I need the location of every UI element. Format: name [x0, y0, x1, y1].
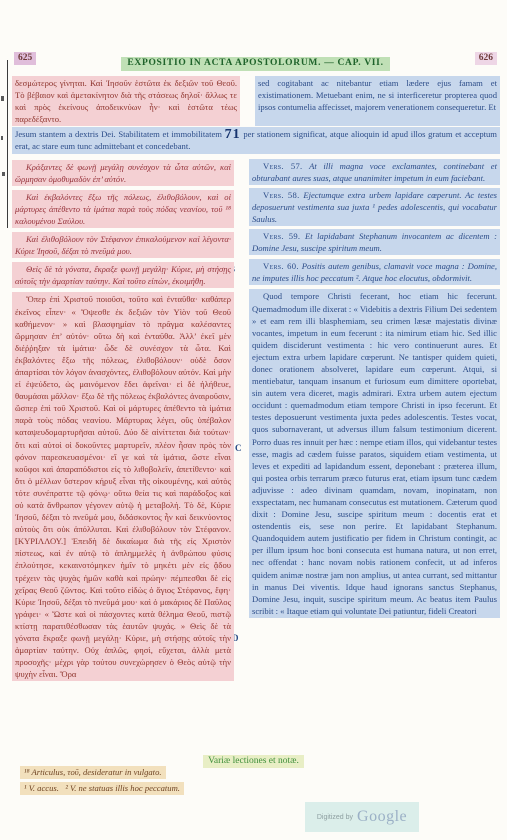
greek-verse-58: Καὶ ἐκβαλόντες ἔξω τῆς πόλεως, ἐλιθοβόλο… [12, 190, 234, 228]
latin-band-paragraph: Jesum stantem a dextris Dei. Stabilitate… [12, 127, 500, 153]
running-head: 625 EXPOSITIO IN ACTA APOSTOLORUM. — CAP… [14, 52, 497, 71]
greek-verse-59: Καὶ ἐλιθοβόλουν τὸν Στέφανον ἐπικαλούμεν… [12, 232, 234, 258]
watermark-prefix: Digitized by [317, 814, 353, 821]
note-line-2: ¹ V. accus. ² V. ne statuas illis hoc pe… [20, 782, 184, 795]
latin-commentary: Quod tempore Christi fecerant, hoc etiam… [249, 289, 500, 618]
latin-verse-59: Vers. 59. Et lapidabant Stephanum invoca… [249, 229, 500, 255]
scan-speck [1, 96, 4, 101]
scanned-book-page: 625 EXPOSITIO IN ACTA APOSTOLORUM. — CAP… [0, 0, 507, 840]
latin-verse-60: Vers. 60. Positis autem genibus, clamavi… [249, 259, 500, 285]
latin-column: Vers. 57. At illi magna voce exclamantes… [249, 156, 500, 618]
greek-verse-60: Θεὶς δὲ τὰ γόνατα, ἔκραξε φωνῇ μεγάλῃ· Κ… [12, 262, 234, 288]
running-title-wrap: EXPOSITIO IN ACTA APOSTOLORUM. — CAP. VI… [56, 52, 455, 71]
left-page-number: 625 [14, 52, 36, 65]
verse-58-label: Vers. 58. [263, 190, 300, 200]
greek-intro-paragraph: δεσμώτερος γίνηται. Καὶ Ἰησοῦν ἑστῶτα ἐκ… [12, 76, 240, 126]
running-title: EXPOSITIO IN ACTA APOSTOLORUM. — CAP. VI… [121, 57, 389, 71]
column-number-71: 71 [225, 127, 241, 142]
right-page-number: 626 [475, 52, 497, 65]
scan-speck [2, 172, 5, 176]
scan-speck [1, 136, 3, 140]
columns: Κράξαντες δὲ φωνῇ μεγάλῃ συνέσχον τὰ ὦτα… [12, 156, 500, 682]
latin-band-before: Jesum stantem a dextris Dei. Stabilitate… [15, 129, 225, 139]
margin-line-artifact [7, 60, 8, 228]
verse-59-label: Vers. 59. [263, 231, 300, 241]
top-row: δεσμώτερος γίνηται. Καὶ Ἰησοῦν ἑστῶτα ἐκ… [12, 76, 500, 126]
google-logo: Google [357, 808, 407, 826]
verse-60-label: Vers. 60. [263, 261, 299, 271]
note-line-1: ¹⁸ Articulus, τοῦ, desideratur in vulgat… [20, 766, 166, 779]
greek-verse-57: Κράξαντες δὲ φωνῇ μεγάλῃ συνέσχον τὰ ὦτα… [12, 160, 234, 186]
verse-57-label: Vers. 57. [263, 161, 303, 171]
latin-intro-paragraph: sed cogitabant ac nitebantur etiam læder… [255, 76, 500, 126]
greek-column: Κράξαντες δὲ φωνῇ μεγάλῃ συνέσχον τὰ ὦτα… [12, 156, 234, 682]
page-body: δεσμώτερος γίνηται. Καὶ Ἰησοῦν ἑστῶτα ἐκ… [12, 76, 500, 681]
google-watermark: Digitized by Google [305, 802, 419, 832]
notes-section: ¹⁸ Articulus, τοῦ, desideratur in vulgat… [20, 766, 184, 798]
greek-commentary: Ὅπερ ἐπὶ Χριστοῦ ποιοῦσι, τοῦτο καὶ ἐντα… [12, 292, 234, 681]
notes-heading: Variæ lectiones et notæ. [203, 755, 304, 768]
latin-verse-58: Vers. 58. Ejectumque extra urbem lapidar… [249, 188, 500, 226]
latin-verse-57: Vers. 57. At illi magna voce exclamantes… [249, 159, 500, 185]
